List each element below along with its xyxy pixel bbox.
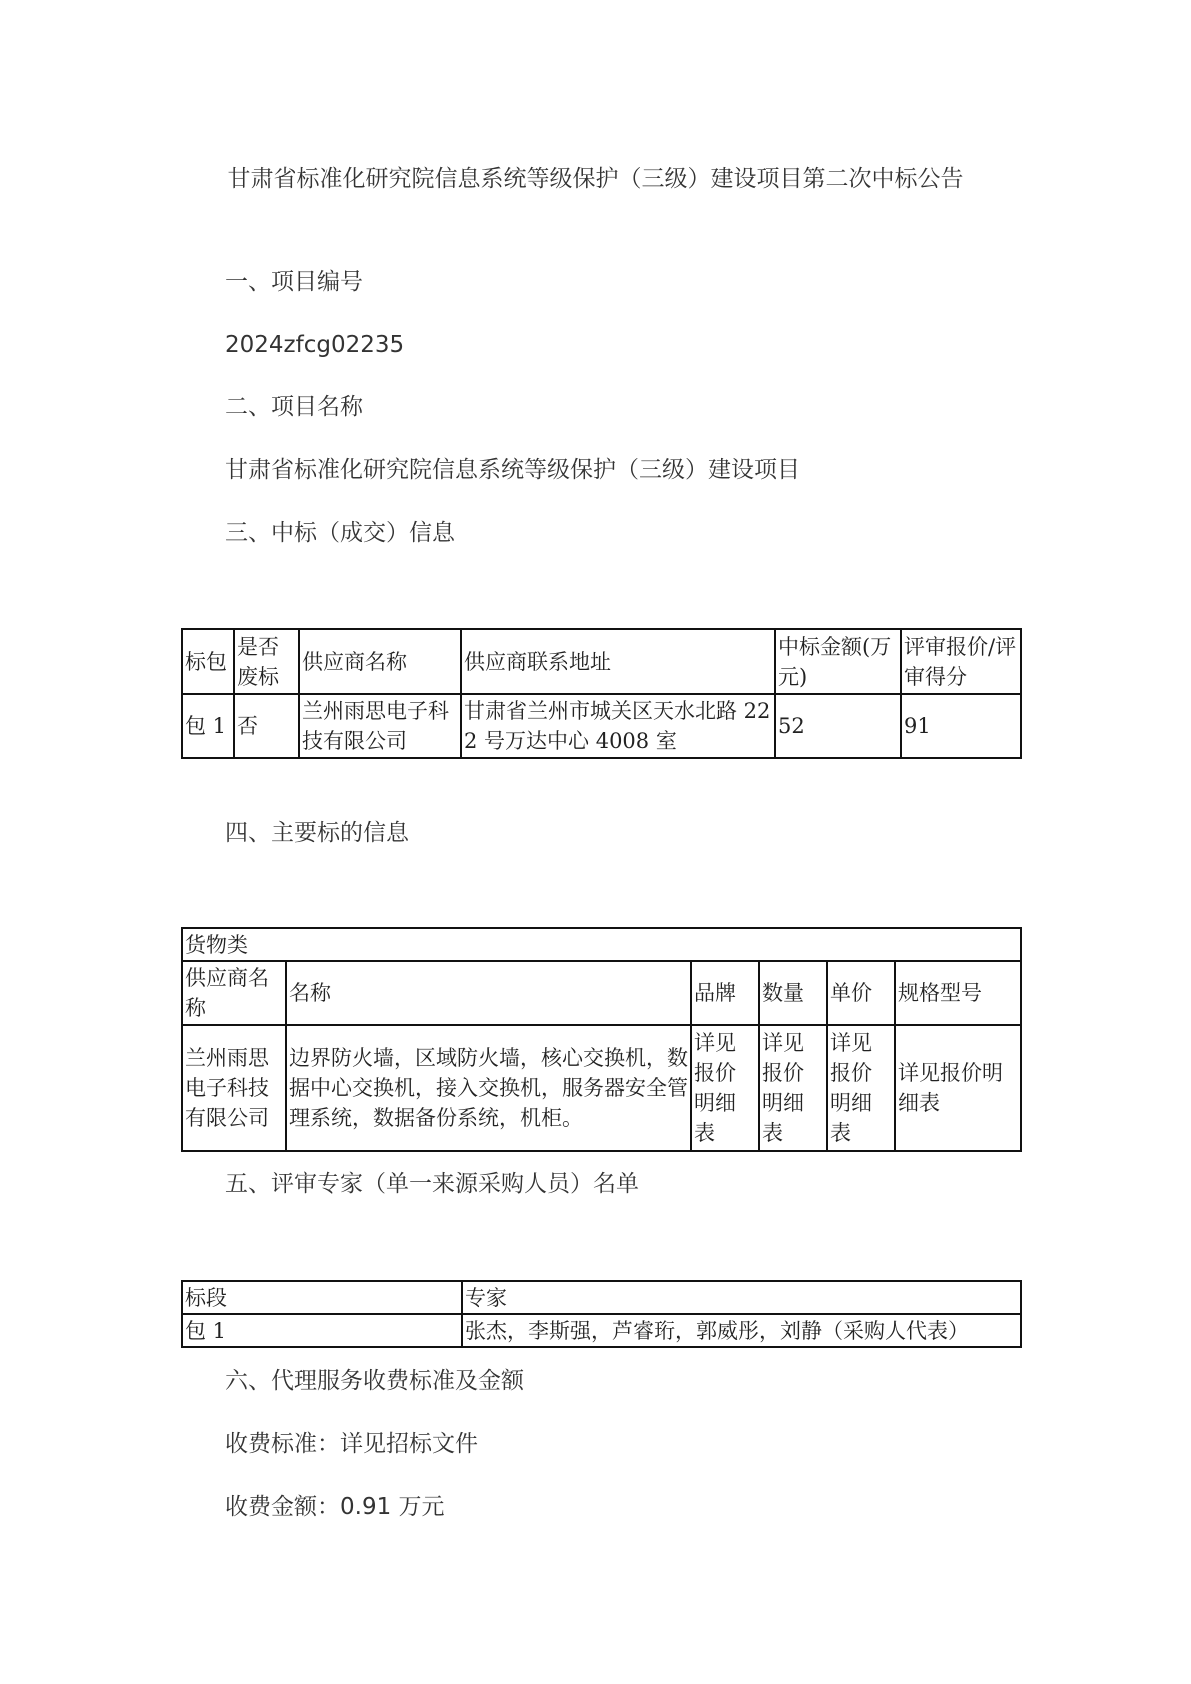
table-cell: 详见报价明细表	[691, 1025, 759, 1151]
header-cell: 是否废标	[234, 629, 299, 694]
section-heading-experts: 五、评审专家（单一来源采购人员）名单	[225, 1168, 639, 1200]
table-cell: 详见报价明细表	[895, 1025, 1021, 1151]
table-cell: 兰州雨思电子科技有限公司	[182, 1025, 286, 1151]
award-table-header-row: 标包 是否废标 供应商名称 供应商联系地址 中标金额(万元) 评审报价/评审得分	[182, 629, 1021, 694]
header-cell: 供应商联系地址	[461, 629, 775, 694]
header-cell: 标包	[182, 629, 234, 694]
fee-amount: 收费金额：0.91 万元	[225, 1491, 445, 1523]
header-cell: 规格型号	[895, 961, 1021, 1025]
header-cell: 中标金额(万元)	[775, 629, 901, 694]
table-cell: 否	[234, 694, 299, 758]
table-row: 包 1 张杰，李斯强，芦睿珩，郭威彤，刘静（采购人代表）	[182, 1314, 1021, 1347]
table-cell: 52	[775, 694, 901, 758]
header-cell: 专家	[462, 1281, 1021, 1314]
table-row: 包 1 否 兰州雨思电子科技有限公司 甘肃省兰州市城关区天水北路 222 号万达…	[182, 694, 1021, 758]
header-cell: 供应商名称	[182, 961, 286, 1025]
fee-standard: 收费标准：详见招标文件	[225, 1428, 478, 1460]
table-cell: 详见报价明细表	[827, 1025, 895, 1151]
table-cell: 包 1	[182, 694, 234, 758]
header-cell: 标段	[182, 1281, 462, 1314]
section-heading-award-info: 三、中标（成交）信息	[225, 517, 455, 549]
header-cell: 品牌	[691, 961, 759, 1025]
header-cell: 供应商名称	[299, 629, 461, 694]
header-cell: 名称	[286, 961, 691, 1025]
project-number: 2024zfcg02235	[225, 329, 404, 361]
header-cell: 数量	[759, 961, 827, 1025]
goods-table-header-row: 供应商名称 名称 品牌 数量 单价 规格型号	[182, 961, 1021, 1025]
header-cell: 单价	[827, 961, 895, 1025]
header-cell: 评审报价/评审得分	[901, 629, 1021, 694]
table-cell: 张杰，李斯强，芦睿珩，郭威彤，刘静（采购人代表）	[462, 1314, 1021, 1347]
table-row: 兰州雨思电子科技有限公司 边界防火墙，区域防火墙，核心交换机，数据中心交换机，接…	[182, 1025, 1021, 1151]
project-name: 甘肃省标准化研究院信息系统等级保护（三级）建设项目	[225, 454, 800, 486]
section-heading-agency-fee: 六、代理服务收费标准及金额	[225, 1365, 524, 1397]
expert-table-header-row: 标段 专家	[182, 1281, 1021, 1314]
goods-category: 货物类	[182, 928, 1021, 961]
table-cell: 兰州雨思电子科技有限公司	[299, 694, 461, 758]
section-heading-project-number: 一、项目编号	[225, 266, 363, 298]
table-cell: 91	[901, 694, 1021, 758]
table-cell: 包 1	[182, 1314, 462, 1347]
expert-table: 标段 专家 包 1 张杰，李斯强，芦睿珩，郭威彤，刘静（采购人代表）	[181, 1280, 1022, 1348]
section-heading-main-items: 四、主要标的信息	[225, 817, 409, 849]
goods-category-row: 货物类	[182, 928, 1021, 961]
goods-table: 货物类 供应商名称 名称 品牌 数量 单价 规格型号 兰州雨思电子科技有限公司 …	[181, 927, 1022, 1152]
table-cell: 详见报价明细表	[759, 1025, 827, 1151]
document-title: 甘肃省标准化研究院信息系统等级保护（三级）建设项目第二次中标公告	[0, 160, 1191, 193]
table-cell: 边界防火墙，区域防火墙，核心交换机，数据中心交换机，接入交换机，服务器安全管理系…	[286, 1025, 691, 1151]
section-heading-project-name: 二、项目名称	[225, 391, 363, 423]
table-cell: 甘肃省兰州市城关区天水北路 222 号万达中心 4008 室	[461, 694, 775, 758]
award-table: 标包 是否废标 供应商名称 供应商联系地址 中标金额(万元) 评审报价/评审得分…	[181, 628, 1022, 759]
